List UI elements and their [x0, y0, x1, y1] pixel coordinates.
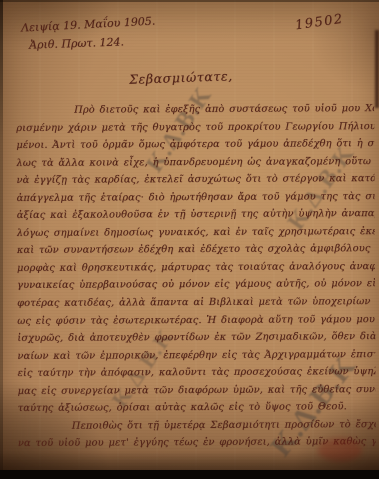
salutation: Σεβασμιώτατε,: [129, 68, 233, 87]
left-edge-shadow: [0, 0, 3, 479]
handwriting-line: ρισμένην χάριν μετὰ τῆς θυγατρὸς τοῦ προ…: [16, 118, 374, 137]
handwriting-line: ἀπάγγελμα τῆς ἑταίρας· διὸ ἠρωτήθησαν ἄρ…: [17, 188, 375, 207]
handwriting-line: Πεποιθὼς ὅτι τῇ ὑμετέρᾳ Σεβασμιότητι προ…: [18, 416, 376, 435]
handwriting-line: μένοι. Ἀντὶ τοῦ ὁρμᾶν ὅμως ἀμφότερα τοῦ …: [16, 135, 374, 154]
handwriting-line: μας εἰς συνεργείαν μετὰ τῶν διαφόρων ὑμῶ…: [18, 381, 376, 400]
handwriting-line: ναίων καὶ τῶν ἐμπορικῶν, ἐπεφέρθην εἰς τ…: [17, 346, 375, 365]
handwriting-line: Πρὸ διετοῦς καὶ ἐφεξῆς ἀπὸ συστάσεως τοῦ…: [16, 100, 374, 119]
handwriting-line: καὶ τῶν συναντήσεων ἐδέχθη καὶ ἐδέχετο τ…: [17, 240, 375, 259]
handwriting-line: ἰσχυρῶς, διὰ ἀποτευχθὲν φροντίδων ἐκ τῶν…: [17, 328, 375, 347]
handwriting-line: εἰς ταύτην τὴν ἀπόφασιν, καλοῦντι τὰς πρ…: [17, 363, 375, 382]
letter-body: Πρὸ διετοῦς καὶ ἐφεξῆς ἀπὸ συστάσεως τοῦ…: [16, 100, 376, 453]
handwriting-line: φοτέρας κατιδέας, ἀλλὰ ἅπαντα αἱ Βιβλικα…: [17, 293, 375, 312]
right-edge-shadow: [375, 30, 379, 108]
top-edge-shadow: [0, 0, 379, 2]
handwriting-line: ως εἰς φύσιν τὰς ἐσωτερικωτέρας. Ἡ διαφο…: [17, 311, 375, 330]
letter-scan: Κ.Δ.Β.Κ Κ.Δ.Β.Κ Κ.Δ.Β.Κ Κ.Δ.Β.Κ 19502 Λε…: [0, 0, 379, 479]
protocol-number-line: Ἀριθ. Πρωτ. 124.: [29, 35, 124, 51]
handwriting-line: μορφὰς καὶ θρησκευτικάς, μάρτυρας τὰς το…: [17, 258, 375, 277]
handwriting-line: ἀξίας καὶ ἐξακολουθοῦσα ἐν τῇ ὑστερινῇ τ…: [17, 205, 375, 224]
archive-number: 19502: [294, 12, 344, 34]
handwriting-line: ταύτης ἀξιώσεως, ὁρίσαι αὐτὰς καλῶς εἰς …: [18, 398, 376, 417]
date-line: Λειψίᾳ 19. Μαΐου 1905.: [21, 14, 156, 34]
handwriting-line: γυναικείας ὑπερβαινούσας οὐ μόνον εἰς γά…: [17, 276, 375, 295]
bottom-black-edge: [0, 470, 379, 479]
handwriting-line: λως τὰ ἄλλα κοινὰ εἶχε, ἡ ὑπανδρευομένη …: [16, 153, 374, 172]
handwriting-line: νὰ ἐγγίζῃ τὰς καρδίας, ἐκτελεῖ ἀσυχώτως …: [16, 170, 374, 189]
bottom-edge-shadow: [0, 451, 379, 471]
handwriting-line: λόγως σημαίνει δημοσίως γυναικός, καὶ ἐν…: [17, 223, 375, 242]
